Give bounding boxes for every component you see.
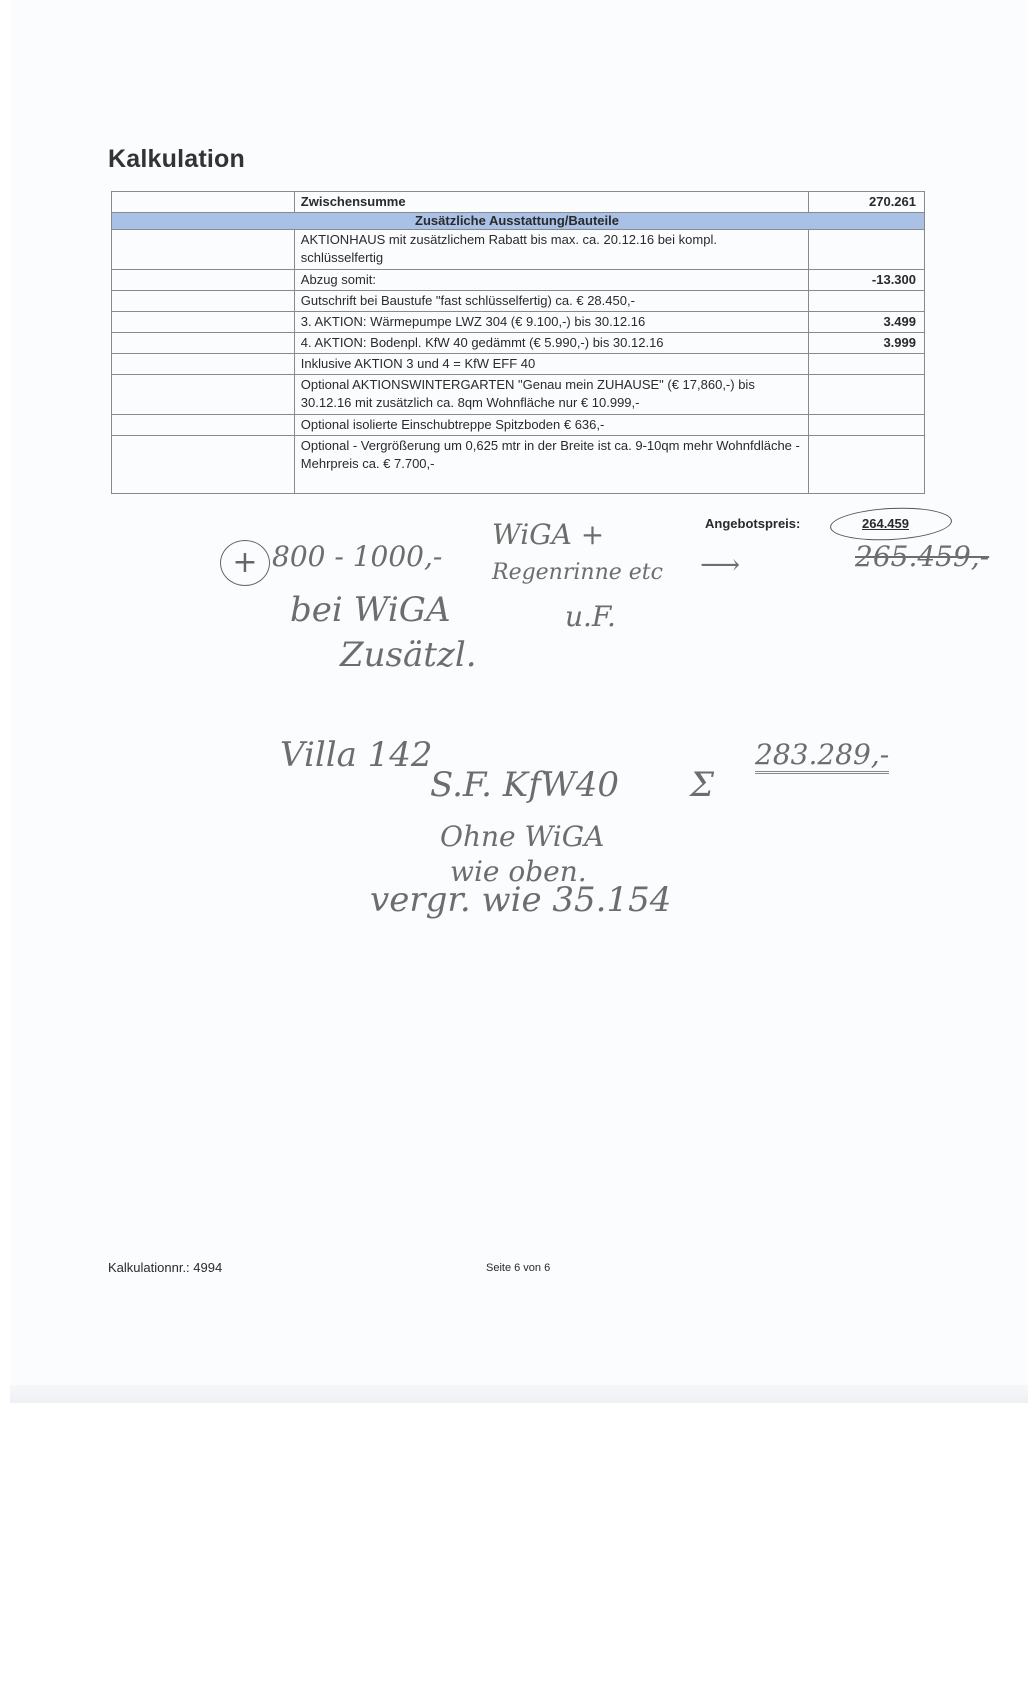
- handwritten-note: 800 - 1000,-: [272, 540, 442, 573]
- handwritten-note: Regenrinne etc: [492, 560, 663, 585]
- table-row: Optional - Vergrößerung um 0,625 mtr in …: [112, 436, 925, 494]
- table-row: Optional isolierte Einschubtreppe Spitzb…: [112, 415, 925, 436]
- section-header: Zusätzliche Ausstattung/Bauteile: [112, 213, 925, 230]
- page-bottom-edge: [10, 1385, 1028, 1403]
- page-title: Kalkulation: [108, 145, 245, 174]
- handwritten-villa-price: 283.289,-: [755, 738, 889, 774]
- table-row: 3. AKTION: Wärmepumpe LWZ 304 (€ 9.100,-…: [112, 312, 925, 333]
- offer-price-value: 264.459: [862, 516, 909, 531]
- table-row: Inklusive AKTION 3 und 4 = KfW EFF 40: [112, 354, 925, 375]
- handwritten-note: bei WiGA: [290, 590, 451, 630]
- handwritten-note: Zusätzl.: [340, 635, 477, 675]
- handwritten-plus-icon: +: [220, 540, 270, 586]
- handwritten-note: u.F.: [565, 600, 616, 633]
- page-number: Seite 6 von 6: [486, 1262, 550, 1274]
- table-row: Abzug somit: -13.300: [112, 270, 925, 291]
- handwritten-note: Ohne WiGA: [440, 820, 604, 853]
- table-row: Gutschrift bei Baustufe "fast schlüsself…: [112, 291, 925, 312]
- handwritten-note: S.F. KfW40: [430, 765, 619, 805]
- section-header-row: Zusätzliche Ausstattung/Bauteile: [112, 213, 925, 230]
- sum-icon: Σ: [690, 765, 714, 805]
- table-row: Optional AKTIONSWINTERGARTEN "Genau mein…: [112, 375, 925, 415]
- handwritten-arrow-icon: ⟶: [700, 548, 740, 581]
- subtotal-row: Zwischensumme 270.261: [112, 192, 925, 213]
- handwritten-corrected-price: 265.459,-: [855, 540, 989, 573]
- handwritten-note: vergr. wie 35.154: [370, 880, 671, 920]
- calculation-table: Zwischensumme 270.261 Zusätzliche Aussta…: [111, 191, 925, 494]
- calculation-number: Kalkulationnr.: 4994: [108, 1260, 222, 1275]
- subtotal-value: 270.261: [808, 192, 924, 213]
- subtotal-label: Zwischensumme: [294, 192, 808, 213]
- table-row: 4. AKTION: Bodenpl. KfW 40 gedämmt (€ 5.…: [112, 333, 925, 354]
- handwritten-note: WiGA +: [492, 518, 604, 551]
- table-row: AKTIONHAUS mit zusätzlichem Rabatt bis m…: [112, 230, 925, 270]
- handwritten-note: Villa 142: [280, 735, 433, 775]
- offer-price-label: Angebotspreis:: [705, 516, 800, 531]
